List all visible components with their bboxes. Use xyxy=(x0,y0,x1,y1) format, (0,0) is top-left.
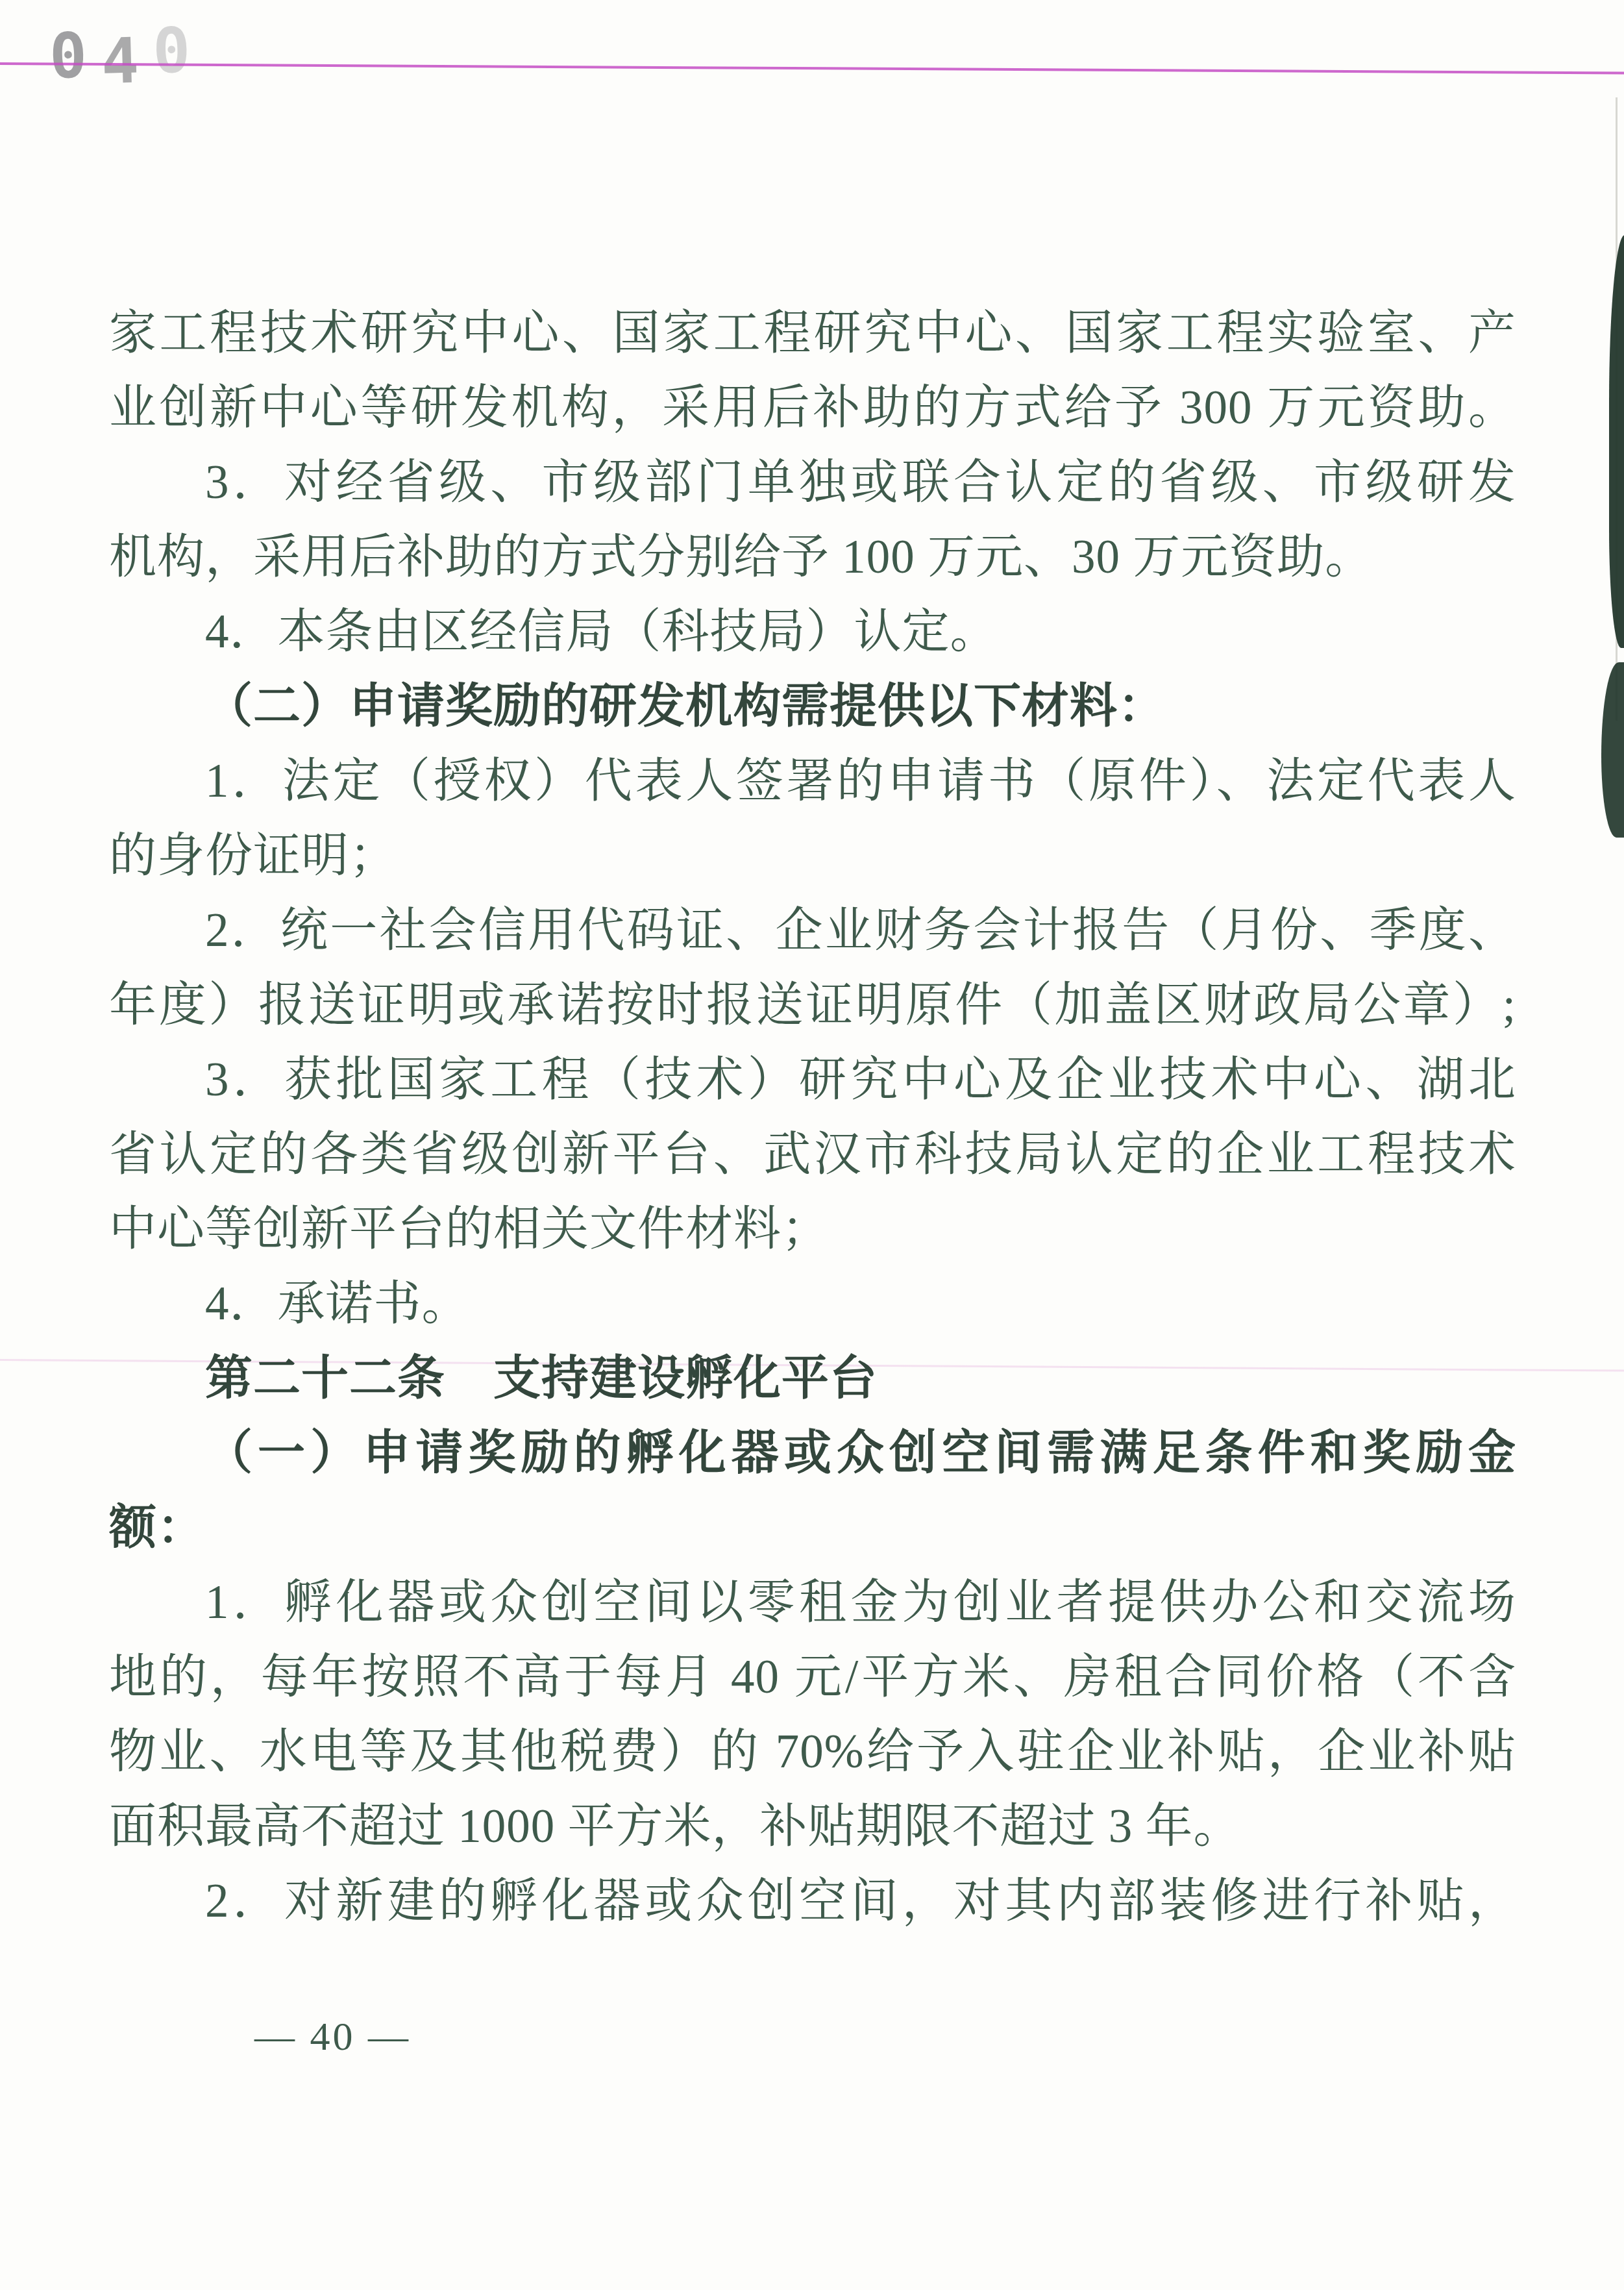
text-line: 的身份证明； xyxy=(109,818,1516,893)
text-line: 年度）报送证明或承诺按时报送证明原件（加盖区财政局公章）; xyxy=(109,967,1516,1042)
text-line: 物业、水电等及其他税费）的 70%给予入驻企业补贴，企业补贴 xyxy=(109,1714,1516,1789)
text-line: 3．对经省级、市级部门单独或联合认定的省级、市级研发 xyxy=(109,445,1516,519)
text-line: 机构，采用后补助的方式分别给予 100 万元、30 万元资助。 xyxy=(109,519,1516,594)
section-heading-line: （二）申请奖励的研发机构需提供以下材料： xyxy=(109,669,1516,743)
article-heading-line: 第二十二条 支持建设孵化平台 xyxy=(109,1341,1516,1415)
text-line: 4．本条由区经信局（科技局）认定。 xyxy=(109,594,1516,669)
scanned-document-page: 040 家工程技术研究中心、国家工程研究中心、国家工程实验室、产 业创新中心等研… xyxy=(0,0,1624,2290)
stamp-digit: 0 xyxy=(49,19,103,93)
text-line: 业创新中心等研发机构，采用后补助的方式给予 300 万元资助。 xyxy=(109,370,1516,445)
scan-edge-shadow-blob xyxy=(1609,235,1624,648)
stamp-digit: 0 xyxy=(152,19,205,82)
section-heading-line: 额： xyxy=(109,1490,1516,1565)
stamp-digit: 4 xyxy=(101,29,154,93)
text-line: 面积最高不超过 1000 平方米，补贴期限不超过 3 年。 xyxy=(109,1789,1516,1863)
page-stamp: 040 xyxy=(49,21,206,88)
text-line: 2．统一社会信用代码证、企业财务会计报告（月份、季度、 xyxy=(109,893,1516,967)
text-line: 3．获批国家工程（技术）研究中心及企业技术中心、湖北 xyxy=(109,1042,1516,1117)
scan-edge-shadow-blob-lower xyxy=(1601,662,1624,838)
document-body: 家工程技术研究中心、国家工程研究中心、国家工程实验室、产 业创新中心等研发机构，… xyxy=(109,295,1516,1938)
page-number: — 40 — xyxy=(254,2014,411,2060)
text-line: 省认定的各类省级创新平台、武汉市科技局认定的企业工程技术 xyxy=(109,1117,1516,1191)
text-line: 中心等创新平台的相关文件材料； xyxy=(109,1191,1516,1266)
section-heading-line: （一）申请奖励的孵化器或众创空间需满足条件和奖励金 xyxy=(109,1415,1516,1490)
text-line: 1．孵化器或众创空间以零租金为创业者提供办公和交流场 xyxy=(109,1565,1516,1639)
text-line: 4．承诺书。 xyxy=(109,1266,1516,1341)
text-line: 家工程技术研究中心、国家工程研究中心、国家工程实验室、产 xyxy=(109,295,1516,370)
text-line: 2．对新建的孵化器或众创空间，对其内部装修进行补贴， xyxy=(109,1863,1516,1938)
text-line: 1．法定（授权）代表人签署的申请书（原件）、法定代表人 xyxy=(109,743,1516,818)
magenta-scan-line-artifact xyxy=(0,62,1624,75)
text-line: 地的，每年按照不高于每月 40 元/平方米、房租合同价格（不含 xyxy=(109,1639,1516,1714)
